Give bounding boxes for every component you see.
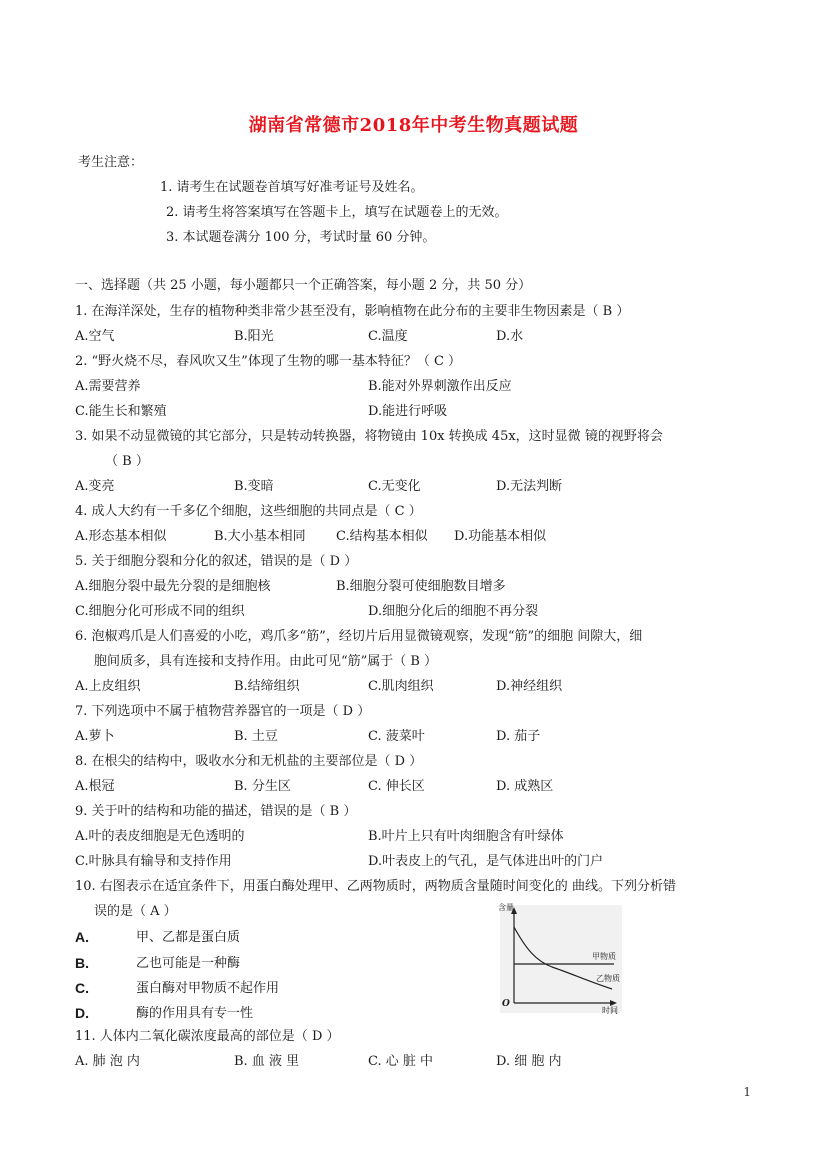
option: C.细胞分化可形成不同的组织	[75, 604, 245, 620]
question-stem: 2. “野火烧不尽，春风吹又生”体现了生物的哪一基本特征？（ C ）	[75, 354, 461, 370]
document-title: 湖南省常德市2018年中考生物真题试题	[0, 115, 827, 137]
option: A.上皮组织	[75, 679, 141, 695]
option: 甲、乙都是蛋白质	[136, 930, 240, 946]
option: C.能生长和繁殖	[75, 404, 167, 420]
question-stem: 5. 关于细胞分裂和分化的叙述，错误的是（ D ）	[75, 554, 357, 570]
option: C. 伸长区	[368, 779, 425, 795]
series-label-jia: 甲物质	[592, 952, 616, 961]
option: A. 肺 泡 内	[75, 1054, 140, 1070]
option: B. 分生区	[234, 779, 291, 795]
notice-heading: 考生注意：	[78, 155, 143, 171]
option: B.细胞分裂可使细胞数目增多	[336, 579, 506, 595]
option: A.变亮	[75, 479, 115, 495]
option: B.结缔组织	[234, 679, 300, 695]
question-stem-cont: （ B ）	[105, 454, 149, 470]
option: C.肌肉组织	[368, 679, 434, 695]
notice-item: 3. 本试题卷满分 100 分，考试时量 60 分钟。	[166, 230, 435, 246]
option: A.细胞分裂中最先分裂的是细胞核	[75, 579, 271, 595]
option: C. 心 脏 中	[368, 1054, 433, 1070]
question-stem-cont: 胞间质多，具有连接和支持作用。由此可见“筋”属于（ B ）	[94, 654, 437, 670]
option: A.叶的表皮细胞是无色透明的	[75, 829, 245, 845]
option: D.叶表皮上的气孔，是气体进出叶的门户	[368, 854, 603, 870]
x-axis-label: 时间	[602, 1006, 618, 1015]
question-stem: 7. 下列选项中不属于植物营养器官的一项是（ D ）	[75, 704, 370, 720]
option-letter: D.	[75, 1005, 89, 1021]
question-stem: 8. 在根尖的结构中，吸收水分和无机盐的主要部位是（ D ）	[75, 754, 422, 770]
option: D.能进行呼吸	[368, 404, 447, 420]
question-stem: 9. 关于叶的结构和功能的描述，错误的是（ B ）	[75, 804, 356, 820]
question-stem: 4. 成人大约有一千多亿个细胞，这些细胞的共同点是（ C ）	[75, 504, 422, 520]
option: C.结构基本相似	[336, 529, 428, 545]
y-axis-label: 含量	[498, 903, 514, 912]
option: B.阳光	[234, 329, 274, 345]
question-stem: 10. 右图表示在适宜条件下，用蛋白酶处理甲、乙两物质时，两物质含量随时间变化的…	[75, 879, 676, 895]
option: B. 血 液 里	[234, 1054, 299, 1070]
option: A.形态基本相似	[75, 529, 167, 545]
page-number: 1	[743, 1085, 751, 1099]
option: A.需要营养	[75, 379, 141, 395]
option-letter: C.	[75, 980, 89, 996]
option-letter: B.	[75, 955, 89, 971]
option: C.温度	[368, 329, 408, 345]
option: D.无法判断	[496, 479, 562, 495]
notice-item: 2. 请考生将答案填写在答题卡上，填写在试题卷上的无效。	[166, 205, 508, 221]
option-letter: A.	[75, 929, 89, 945]
option: C.无变化	[368, 479, 421, 495]
notice-item: 1. 请考生在试题卷首填写好准考证号及姓名。	[160, 180, 424, 196]
option: C.叶脉具有输导和支持作用	[75, 854, 232, 870]
question-stem: 1. 在海洋深处，生存的植物种类非常少甚至没有，影响植物在此分布的主要非生物因素…	[75, 304, 629, 320]
option: C. 菠菜叶	[368, 729, 425, 745]
option: B.能对外界刺激作出反应	[368, 379, 512, 395]
option: D.神经组织	[496, 679, 562, 695]
option: B. 土豆	[234, 729, 278, 745]
option: A.根冠	[75, 779, 115, 795]
option: D. 茄子	[496, 729, 540, 745]
option: A.空气	[75, 329, 115, 345]
option: B.大小基本相同	[214, 529, 306, 545]
option: 蛋白酶对甲物质不起作用	[136, 981, 279, 997]
option: A.萝卜	[75, 729, 115, 745]
option: D. 成熟区	[496, 779, 553, 795]
option: D.细胞分化后的细胞不再分裂	[368, 604, 538, 620]
option: D.功能基本相似	[454, 529, 546, 545]
section-heading: 一、选择题（共 25 小题，每小题都只一个正确答案，每小题 2 分，共 50 分…	[75, 278, 531, 294]
option: D. 细 胞 内	[496, 1054, 562, 1070]
enzyme-curve-figure: 含量 O 时间 甲物质 乙物质	[500, 905, 622, 1013]
option: 酶的作用具有专一性	[136, 1006, 253, 1022]
question-stem-cont: 误的是（ A ）	[94, 904, 177, 920]
series-label-yi: 乙物质	[596, 974, 620, 983]
question-stem: 3. 如果不动显微镜的其它部分，只是转动转换器，将物镜由 10x 转换成 45x…	[75, 429, 663, 445]
option: B.叶片上只有叶肉细胞含有叶绿体	[368, 829, 564, 845]
origin-label: O	[502, 996, 510, 1012]
option: D.水	[496, 329, 523, 345]
question-stem: 6. 泡椒鸡爪是人们喜爱的小吃，鸡爪多“筋”，经切片后用显微镜观察，发现“筋”的…	[75, 629, 642, 645]
question-stem: 11. 人体内二氧化碳浓度最高的部位是（ D ）	[75, 1029, 340, 1045]
option: B.变暗	[234, 479, 274, 495]
option: 乙也可能是一种酶	[136, 956, 240, 972]
